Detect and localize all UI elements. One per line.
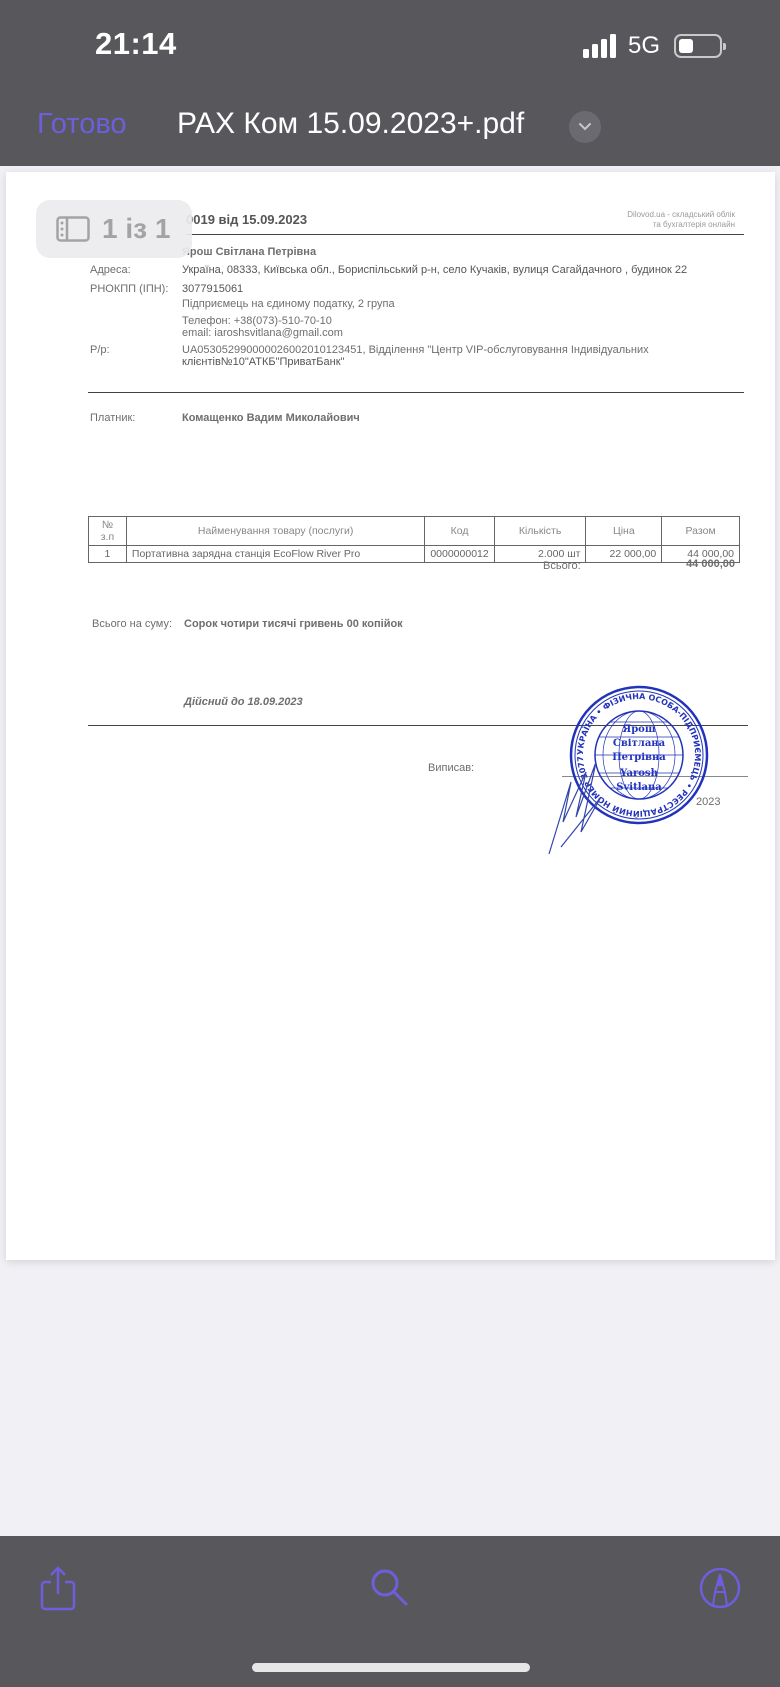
status-time: 21:14 <box>95 26 177 62</box>
tax-id-label: РНОКПП (ІПН): <box>90 283 168 295</box>
page-count: 1 із 1 <box>102 213 170 245</box>
address: Україна, 08333, Київська обл., Бориспіль… <box>182 264 687 276</box>
markup-button[interactable] <box>696 1564 744 1612</box>
service-note: Dilovod.ua - складський облік та бухгалт… <box>627 210 735 230</box>
invoice-title: 0019 від 15.09.2023 <box>186 212 307 227</box>
issued-by-label: Виписав: <box>428 762 474 774</box>
search-icon <box>368 1566 412 1610</box>
cell-name: Портативна зарядна станція EcoFlow River… <box>126 546 424 563</box>
sidebar-thumbnails-icon[interactable] <box>56 216 90 242</box>
cell-index: 1 <box>89 546 127 563</box>
battery-icon <box>674 34 722 58</box>
sum-words-label: Всього на суму: <box>92 618 172 630</box>
account-label: Р/р: <box>90 344 110 356</box>
stamp-line: Петрівна <box>612 752 666 763</box>
done-button[interactable]: Готово <box>37 108 127 141</box>
col-header: Ціна <box>586 517 662 546</box>
account-line-1: UA053052990000026002010123451, Відділенн… <box>182 344 649 356</box>
divider <box>88 392 744 393</box>
markup-pen-icon <box>698 1566 742 1610</box>
stamp-line: Світлана <box>613 738 666 749</box>
items-table: № з.п Найменування товару (послуги) Код … <box>88 516 740 563</box>
table-header-row: № з.п Найменування товару (послуги) Код … <box>89 517 740 546</box>
payer-label: Платник: <box>90 412 135 424</box>
col-header: Разом <box>662 517 740 546</box>
stamp-line: Yarosh <box>619 768 658 779</box>
chevron-down-icon <box>578 122 592 132</box>
cell-price: 22 000,00 <box>586 546 662 563</box>
network-type: 5G <box>628 32 660 60</box>
divider <box>186 234 744 235</box>
status-indicators: 5G <box>583 32 722 60</box>
account-line-2: клієнтів№10"АТКБ"ПриватБанк" <box>182 356 344 368</box>
total-label: Всього: <box>543 560 581 572</box>
home-indicator[interactable] <box>252 1663 530 1672</box>
pdf-page[interactable]: 0019 від 15.09.2023 Dilovod.ua - складсь… <box>6 172 775 1260</box>
sum-words: Сорок чотири тисячі гривень 00 копійок <box>184 618 403 630</box>
col-header: Код <box>425 517 494 546</box>
supplier-name: Ярош Світлана Петрівна <box>182 246 316 258</box>
signal-icon <box>583 34 616 58</box>
email: email: iaroshsvitlana@gmail.com <box>182 327 343 339</box>
signature-scribble <box>541 742 611 862</box>
page-indicator: 1 із 1 <box>36 200 192 258</box>
share-button[interactable] <box>34 1564 82 1612</box>
search-button[interactable] <box>366 1564 414 1612</box>
phone: Телефон: +38(073)-510-70-10 <box>182 315 332 327</box>
title-menu-button[interactable] <box>569 111 601 143</box>
address-label: Адреса: <box>90 264 131 276</box>
col-header: Кількість <box>494 517 586 546</box>
tax-status: Підприємець на єдиному податку, 2 група <box>182 298 395 310</box>
top-bar: 21:14 5G Готово РАХ Ком 15.09.2023+.pdf <box>0 0 780 166</box>
service-note-line: та бухгалтерія онлайн <box>627 220 735 230</box>
table-row: 1 Портативна зарядна станція EcoFlow Riv… <box>89 546 740 563</box>
stamp-line: Ярош <box>622 724 655 735</box>
service-note-line: Dilovod.ua - складський облік <box>627 210 735 220</box>
col-header: Найменування товару (послуги) <box>126 517 424 546</box>
total-value: 44 000,00 <box>686 558 735 570</box>
valid-until: Дійсний до 18.09.2023 <box>184 696 303 708</box>
payer-name: Комащенко Вадим Миколайович <box>182 412 360 424</box>
tax-id: 3077915061 <box>182 283 243 295</box>
cell-code: 0000000012 <box>425 546 494 563</box>
col-header: № з.п <box>89 517 127 546</box>
bottom-toolbar <box>0 1536 780 1687</box>
document-title[interactable]: РАХ Ком 15.09.2023+.pdf <box>177 107 524 141</box>
share-icon <box>38 1564 78 1612</box>
stamp-line: Svitlana <box>616 782 662 793</box>
